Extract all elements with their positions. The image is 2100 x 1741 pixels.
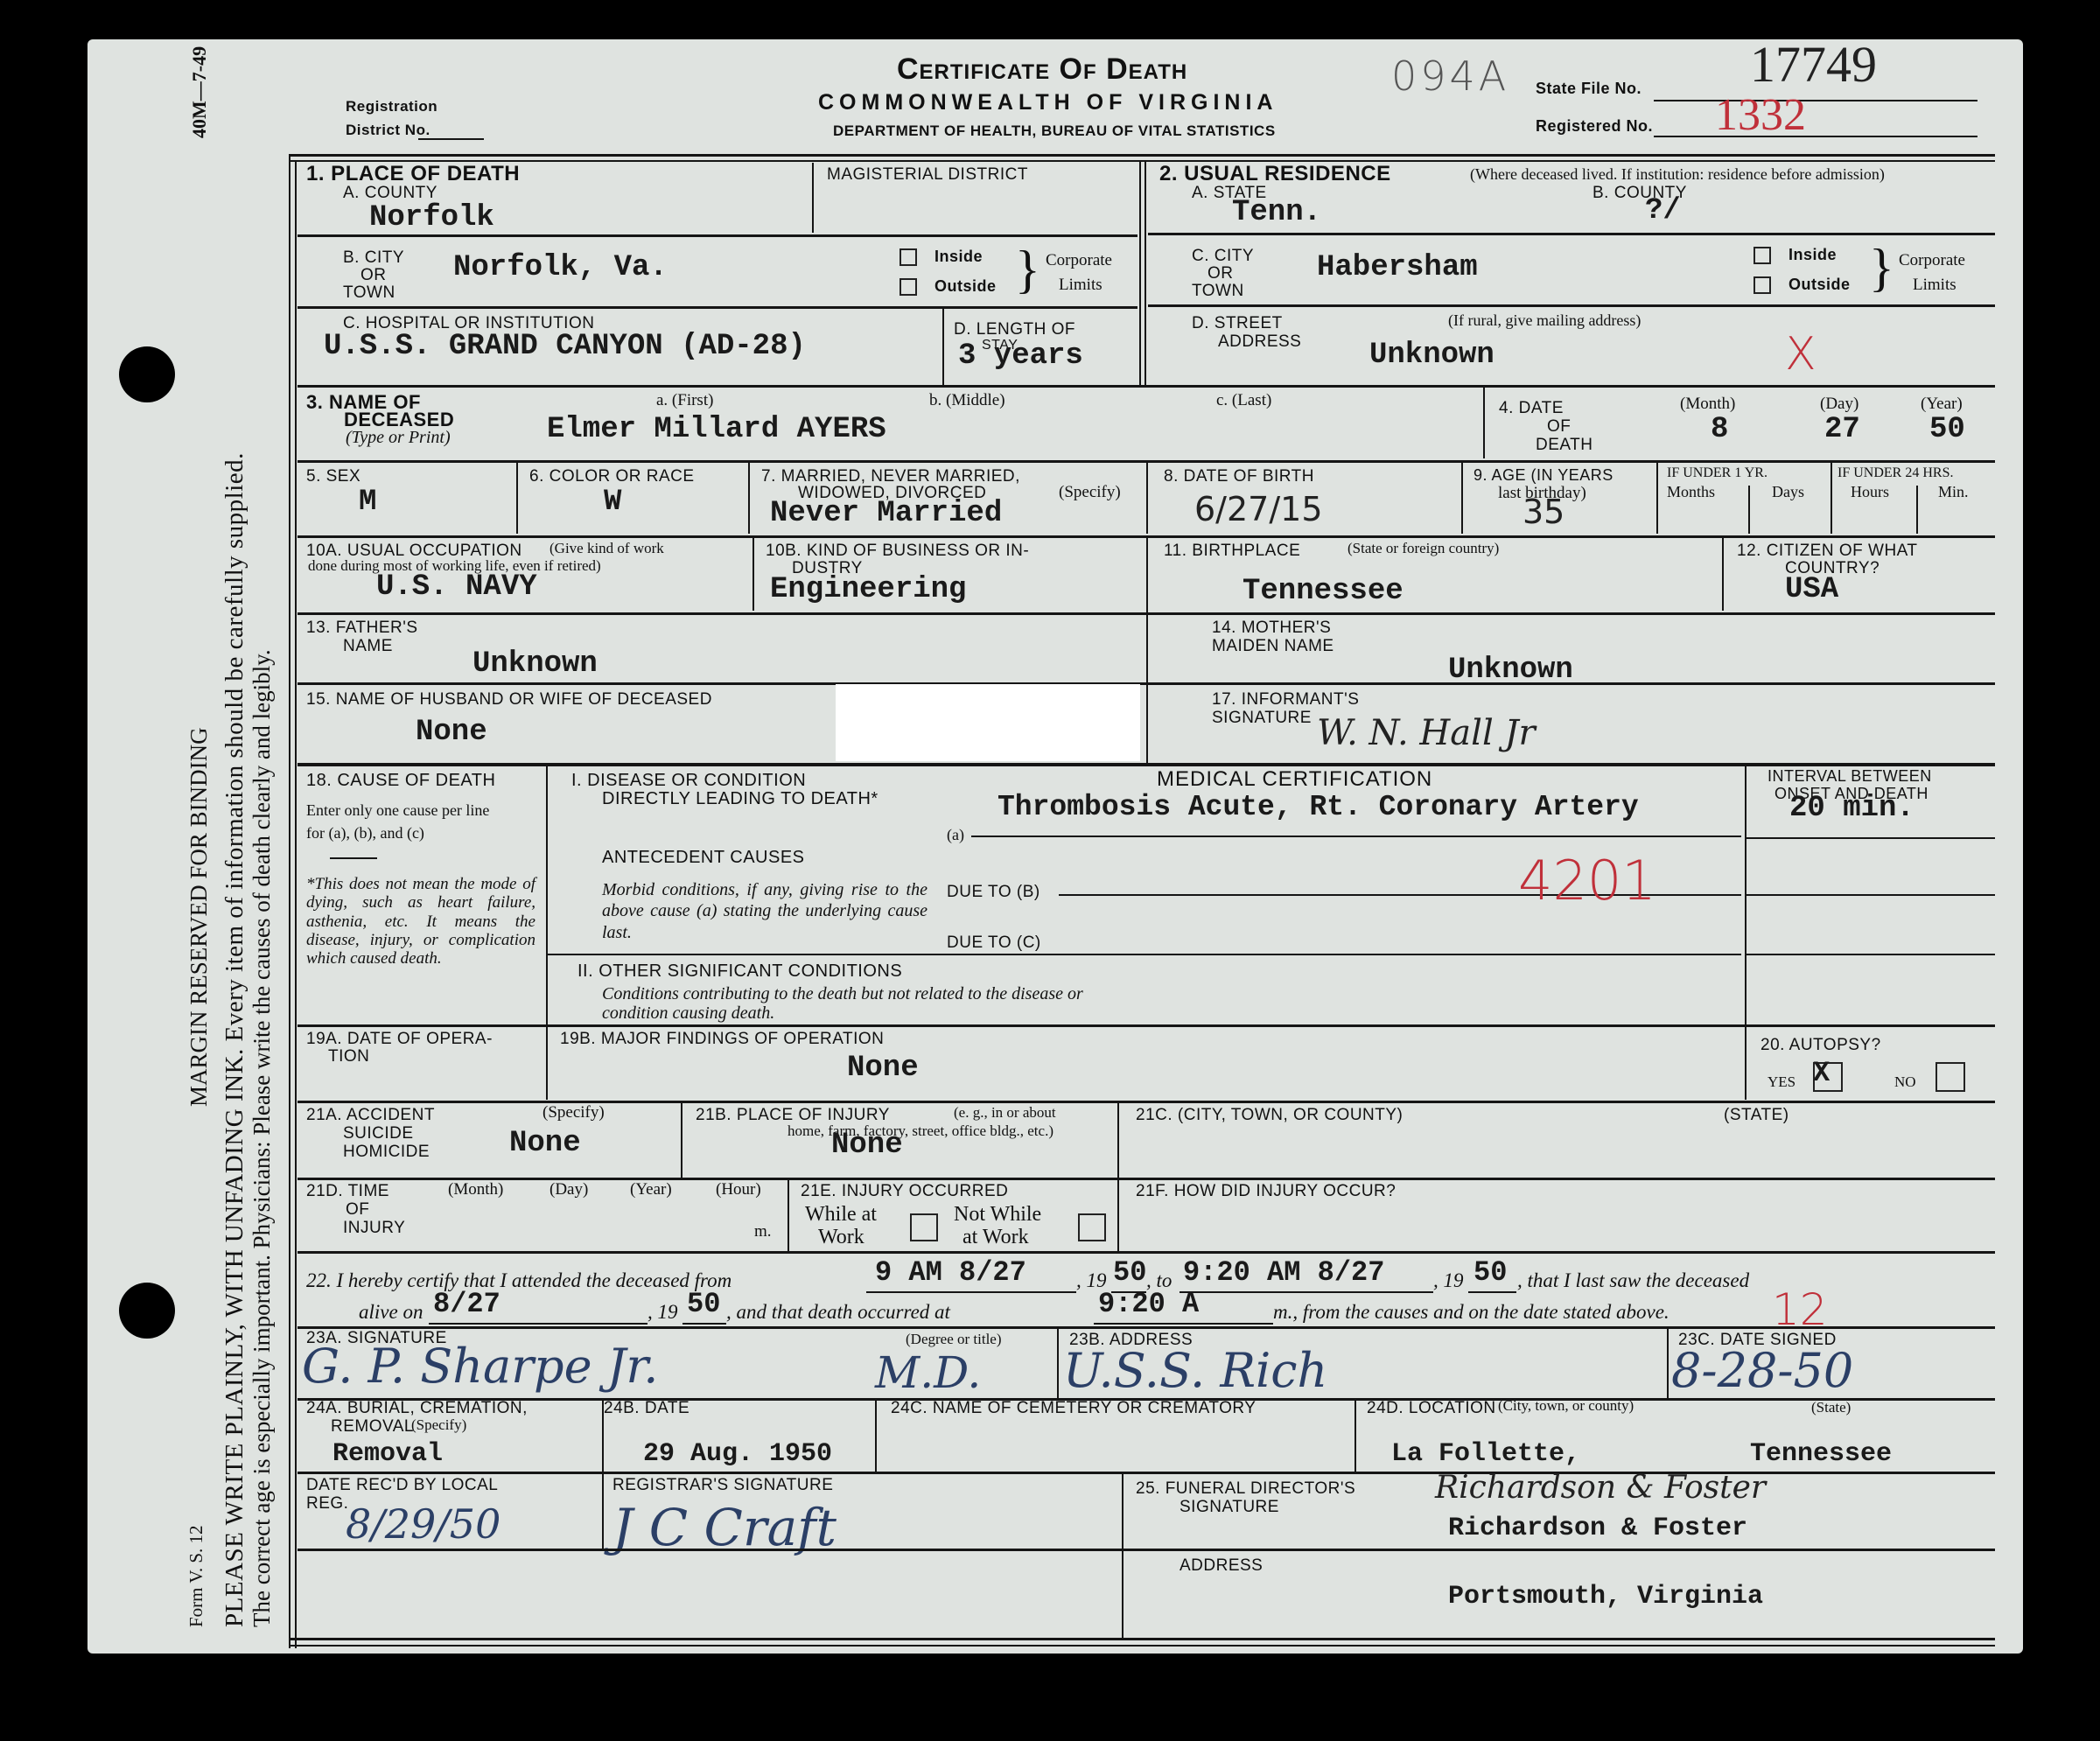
father-name-label: Name (343, 638, 393, 655)
degree-value: M.D. (875, 1347, 981, 1398)
pencil-code: 094A (1391, 52, 1509, 100)
div-reg-sig (602, 1473, 604, 1549)
while-at-work-checkbox[interactable] (910, 1213, 938, 1241)
margin-form-no: Form V. S. 12 (185, 1525, 207, 1627)
res-inside-checkbox[interactable] (1753, 247, 1771, 264)
div-months-days (1748, 486, 1750, 534)
div-21d-21e (787, 1179, 789, 1251)
morbid-note: Morbid conditions, if any, giving rise t… (602, 879, 927, 943)
cause-instr-1: Enter only one cause per line (306, 802, 489, 819)
cert-text-2: , that I last saw the deceased (1517, 1269, 1749, 1292)
div-under (1830, 462, 1832, 534)
frame-left-2 (295, 160, 297, 1648)
department-line: Department of Health, Bureau of Vital St… (833, 122, 1276, 140)
district-no-label: District No. (346, 122, 430, 138)
length-divider (942, 308, 944, 385)
under-1yr-label: IF UNDER 1 YR. (1667, 466, 1767, 481)
length-of-stay-label: d. Length of (954, 321, 1075, 339)
father-value: Unknown (472, 647, 598, 681)
residence-city-value: Habersham (1317, 251, 1478, 284)
physician-signature: G. P. Sharpe Jr. (302, 1339, 658, 1394)
suicide-label: Suicide (343, 1125, 414, 1143)
cause-instr-2: for (a), (b), and (c) (306, 825, 424, 842)
residence-county-value: ?/ (1645, 194, 1681, 227)
interval-value: 20 min. (1789, 792, 1914, 825)
deceased-name-value: Elmer Millard AYERS (547, 413, 886, 446)
cert-to-value: 9:20 AM 8/27 (1183, 1256, 1384, 1289)
dod-label-3: Death (1536, 437, 1592, 454)
not-while-at-work-label-2: at Work (962, 1227, 1029, 1248)
cert-19-b: , 19 (1433, 1269, 1464, 1292)
cert-death-time-line (1094, 1323, 1273, 1325)
funeral-address-label: Address (1179, 1557, 1263, 1575)
state-file-number: 17749 (1750, 35, 1877, 94)
last-name-label: c. (Last) (1216, 392, 1271, 409)
div-18-left (546, 766, 548, 1024)
brace: } (1015, 243, 1040, 296)
cert-from-line (866, 1291, 1076, 1293)
document-title: Certificate of Death (897, 52, 1187, 87)
hospital-value: U.S.S. GRAND CANYON (AD-28) (324, 330, 806, 363)
injury-m-label: m. (754, 1223, 772, 1241)
how-injury-label: 21f. How Did Injury Occur? (1136, 1183, 1396, 1200)
red-code-4201: 4201 (1518, 849, 1656, 912)
rule-1b (297, 306, 1137, 309)
reg-label: Reg. (306, 1495, 348, 1513)
operation-findings-value: None (847, 1052, 919, 1085)
informant-signature: W. N. Hall Jr (1317, 713, 1536, 753)
hours-label: Hours (1851, 484, 1889, 500)
cause-b-label: DUE TO (b) (947, 884, 1040, 901)
mother-maiden-label: Maiden Name (1212, 638, 1334, 655)
district-no-line (418, 138, 484, 140)
rule-19-top (297, 1024, 1995, 1027)
interval-line-b (1746, 894, 1995, 896)
div-10a-10b (752, 537, 754, 611)
dod-label-1: 4. Date (1499, 400, 1564, 417)
cert-to-year: 50 (1473, 1256, 1507, 1289)
age-label-1: 9. Age (In years (1473, 467, 1613, 484)
dod-year-value: 50 (1929, 413, 1965, 446)
res-city-label-c: c. City (1192, 248, 1254, 265)
location-label: 24d. Location (1367, 1400, 1496, 1417)
cert-to-line (1179, 1291, 1433, 1293)
degree-label: (Degree or title) (906, 1332, 1002, 1347)
min-label: Min. (1938, 484, 1969, 500)
rule-1a (297, 234, 1137, 237)
street-note: (If rural, give mailing address) (1448, 312, 1641, 329)
name-label-2: Deceased (344, 409, 454, 430)
operation-date-label-2: tion (328, 1048, 369, 1066)
operation-findings-label: 19b. Major Findings of Operation (560, 1031, 884, 1048)
race-value: W (604, 486, 621, 519)
race-label: 6. Color or Race (529, 468, 695, 486)
city-label-town: Town (343, 284, 395, 302)
div-10-11 (1146, 537, 1148, 612)
cert-alive-year-line (682, 1323, 726, 1325)
div-23b-23c (1667, 1328, 1669, 1400)
div-24c-24d (1354, 1400, 1356, 1472)
dod-label-2: of (1547, 418, 1571, 436)
city-label-b: b. City (343, 249, 404, 267)
date-recd-label: Date Rec'd by Local (306, 1477, 498, 1494)
death-inside-checkbox[interactable] (899, 248, 917, 266)
burial-value: Removal (332, 1439, 443, 1469)
divider-1-2b (1144, 160, 1146, 386)
frame-top-2 (289, 160, 1995, 162)
autopsy-yes-label: YES (1767, 1074, 1795, 1090)
rule-address-top (297, 1549, 1995, 1551)
usual-residence-heading: 2. Usual Residence (1159, 163, 1391, 185)
middle-name-label: b. (Middle) (929, 392, 1005, 409)
death-city-value: Norfolk, Va. (453, 251, 668, 284)
cert-death-time: 9:20 A (1098, 1288, 1199, 1320)
registered-no-label: Registered No. (1536, 118, 1653, 135)
injury-year-label: (Year) (630, 1181, 672, 1199)
div-24b-24c (875, 1400, 877, 1472)
frame-bottom-1 (289, 1638, 1995, 1640)
state-file-line (1654, 100, 1977, 101)
spouse-value: None (416, 716, 487, 749)
div-left-right (1146, 612, 1148, 763)
cause-a-value: Thrombosis Acute, Rt. Coronary Artery (997, 791, 1639, 823)
dod-day-value: 27 (1824, 413, 1860, 446)
div-hours-min (1916, 486, 1918, 534)
cert-alive-value: 8/27 (433, 1288, 500, 1320)
div-5-6 (516, 462, 518, 534)
registration-label: Registration (346, 99, 437, 115)
place-of-injury-note-2: home, farm, factory, street, office bldg… (787, 1123, 1053, 1139)
rule-3-top (297, 385, 1995, 388)
sex-value: M (359, 486, 376, 519)
accident-specify: (Specify) (542, 1104, 605, 1122)
cause-heading: 18. Cause of Death (306, 772, 495, 790)
magisterial-district-label: Magisterial District (827, 166, 1028, 184)
div-7-8 (1146, 462, 1148, 534)
name-label-3: (Type or Print) (346, 428, 451, 448)
location-note: (City, town, or county) (1498, 1398, 1634, 1414)
state-file-label: State File No. (1536, 80, 1641, 97)
burial-date-label: 24b. Date (604, 1400, 689, 1417)
cert-alive-label: alive on (359, 1301, 423, 1324)
citizen-value: USA (1785, 573, 1838, 606)
injury-month-label: (Month) (448, 1181, 503, 1199)
registered-number: 1332 (1715, 89, 1806, 141)
div-11-12 (1722, 537, 1724, 611)
city-label-or: or (360, 267, 387, 284)
informant-signature-label: Signature (1212, 710, 1312, 727)
citizen-label: 12. Citizen of What (1737, 542, 1918, 560)
birthplace-label: 11. Birthplace (1164, 542, 1300, 560)
months-label: Months (1667, 484, 1715, 500)
location-city-value: La Follette, (1391, 1439, 1580, 1469)
cert-text-3: , and that death occurred at (726, 1301, 950, 1324)
place-of-injury-value: None (831, 1129, 903, 1162)
rule-2b (1148, 304, 1995, 307)
funeral-director-typed: Richardson & Foster (1448, 1514, 1747, 1543)
funeral-director-signature: Richardson & Foster (1435, 1470, 1766, 1506)
margin-instruction-1: PLEASE WRITE PLAINLY, WITH UNFADING INK.… (220, 452, 249, 1627)
registrar-signature-label: Registrar's Signature (612, 1477, 833, 1494)
dod-month-value: 8 (1711, 413, 1728, 446)
physician-address: U.S.S. Rich (1063, 1343, 1327, 1398)
first-name-label: a. (First) (656, 392, 713, 409)
dob-label: 8. Date of Birth (1164, 468, 1314, 486)
place-of-injury-label: 21b. Place of Injury (696, 1107, 890, 1124)
registered-no-line (1654, 136, 1977, 137)
funeral-director-label: 25. Funeral Director's (1136, 1480, 1355, 1498)
cause-short-rule (330, 857, 377, 859)
marital-value: Never Married (770, 497, 1002, 530)
place-of-injury-note: (e. g., in or about (954, 1105, 1056, 1121)
birthplace-note: (State or foreign country) (1347, 541, 1499, 556)
length-of-stay-value: 3 years (958, 339, 1083, 373)
street-label: d. Street (1192, 315, 1283, 332)
burial-date-value: 29 Aug. 1950 (643, 1439, 832, 1469)
divider-1-2 (1139, 160, 1141, 386)
burial-label: 24a. Burial, Cremation, (306, 1400, 528, 1417)
res-brace: } (1869, 241, 1894, 294)
rule-15-top (297, 682, 1995, 685)
res-city-label-town: Town (1192, 283, 1244, 300)
res-corporate-label: Corporate (1899, 252, 1965, 269)
not-while-at-work-label: Not While (954, 1204, 1041, 1226)
while-at-work-label-2: Work (818, 1227, 864, 1248)
injury-city-label: 21c. (City, Town, or County) (1136, 1107, 1403, 1124)
accident-label: 21a. Accident (306, 1107, 435, 1124)
cause-a-label: (a) (947, 827, 964, 843)
homicide-label: Homicide (343, 1143, 430, 1161)
death-county-value: Norfolk (369, 201, 494, 234)
limits-label: Limits (1059, 276, 1102, 294)
date-signed-value: 8-28-50 (1671, 1343, 1853, 1398)
place-of-death-heading: 1. Place of Death (306, 163, 520, 185)
mother-label: 14. Mother's (1212, 619, 1331, 637)
cert-19-c: , 19 (647, 1301, 678, 1324)
binder-hole-top (119, 346, 175, 402)
informant-label: 17. Informant's (1212, 691, 1359, 709)
business-value: Engineering (770, 573, 966, 606)
div-6-7 (748, 462, 750, 534)
cert-text-4: m., from the causes and on the date stat… (1273, 1301, 1669, 1324)
autopsy-no-checkbox[interactable] (1935, 1062, 1965, 1092)
sex-label: 5. Sex (306, 468, 360, 486)
birthplace-value: Tennessee (1242, 575, 1403, 608)
cert-alive-line (429, 1323, 647, 1325)
interval-line-c (1746, 954, 1995, 955)
outside-label: Outside (934, 278, 997, 295)
death-outside-checkbox[interactable] (899, 278, 917, 296)
div-8-9 (1461, 462, 1463, 534)
burial-specify: (Specify) (411, 1417, 466, 1433)
date-recd-value: 8/29/50 (346, 1500, 500, 1548)
marital-label-1: 7. Married, Never Married, (761, 468, 1020, 486)
county-label: a. County (343, 185, 437, 202)
magisterial-divider (812, 163, 814, 233)
cert-text-1: 22. I hereby certify that I attended the… (306, 1269, 731, 1292)
accident-value: None (509, 1127, 581, 1160)
red-x-mark: X (1785, 328, 1816, 381)
document-subtitle: Commonwealth of Virginia (818, 90, 1277, 115)
cemetery-label: 24c. Name of Cemetery or Crematory (891, 1400, 1256, 1417)
cause-c-label: DUE TO (c) (947, 934, 1041, 952)
funeral-signature-label: Signature (1179, 1499, 1279, 1516)
injury-hour-label: (Hour) (716, 1181, 761, 1199)
autopsy-yes-mark: X (1813, 1057, 1830, 1089)
time-of-label: of (346, 1201, 369, 1219)
street-value: Unknown (1369, 339, 1494, 372)
age-value: 35 (1522, 493, 1564, 531)
funeral-address-value: Portsmouth, Virginia (1448, 1582, 1763, 1612)
autopsy-no-label: NO (1894, 1074, 1916, 1090)
cert-from-year: 50 (1113, 1256, 1146, 1289)
div-21b-21c (1117, 1102, 1119, 1251)
res-outside-checkbox[interactable] (1753, 276, 1771, 294)
autopsy-label: 20. Autopsy? (1760, 1037, 1881, 1054)
injury-day-label: (Day) (549, 1181, 588, 1199)
dod-month-label: (Month) (1680, 395, 1735, 413)
div-19-20 (1745, 1026, 1746, 1100)
injury-state-label: (State) (1724, 1107, 1789, 1124)
rule-18-top (297, 763, 1995, 766)
removal-label: Removal (331, 1418, 414, 1436)
rule-23-top (297, 1326, 1995, 1329)
time-of-injury-label: 21d. Time (306, 1183, 389, 1200)
location-state-value: Tennessee (1750, 1439, 1892, 1469)
marital-specify: (Specify) (1059, 484, 1121, 501)
injury-occurred-label: 21e. Injury Occurred (801, 1183, 1008, 1200)
cause-c-line (547, 954, 1741, 955)
cert-to-year-line (1468, 1291, 1516, 1293)
res-city-label-or: or (1207, 265, 1234, 283)
div-reg-funeral (1122, 1473, 1123, 1640)
div-9-under (1656, 462, 1658, 534)
father-label: 13. Father's (306, 619, 418, 637)
antecedent-label: Antecedent Causes (602, 849, 805, 867)
div-23a-23b (1057, 1328, 1059, 1400)
inside-label: Inside (934, 248, 983, 265)
margin-instruction-2: The correct age is especially important.… (248, 649, 276, 1627)
dod-year-label: (Year) (1921, 395, 1963, 413)
redacted-field-16 (836, 684, 1140, 761)
res-inside-label: Inside (1788, 247, 1837, 263)
operation-date-label: 19a. Date of Opera- (306, 1031, 493, 1048)
cert-alive-year: 50 (687, 1288, 720, 1320)
frame-bottom-2 (289, 1645, 1995, 1647)
residence-state-value: Tenn. (1232, 196, 1321, 229)
occupation-value: U.S. NAVY (376, 570, 537, 604)
days-label: Days (1772, 484, 1804, 500)
part1-label: I. Disease or Condition (571, 772, 806, 790)
frame-top-1 (289, 154, 1995, 157)
div-19a-19b (546, 1026, 548, 1100)
cert-from-value: 9 AM 8/27 (875, 1256, 1026, 1289)
part2-note: Conditions contributing to the death but… (602, 984, 1092, 1024)
div-21a-21b (681, 1102, 682, 1178)
injury-label: Injury (343, 1220, 405, 1237)
under-24hrs-label: IF UNDER 24 HRS. (1837, 466, 1953, 481)
interval-line-a (1746, 837, 1995, 839)
divider-3-4 (1483, 387, 1485, 458)
part2-label: II. Other Significant Conditions (577, 962, 902, 981)
spouse-label: 15. Name of Husband or Wife of Deceased (306, 691, 712, 709)
business-label: 10b. Kind of Business or In- (766, 542, 1029, 560)
interval-label: Interval Between (1767, 768, 1932, 785)
dob-value: 6/27/15 (1194, 490, 1323, 528)
cause-a-line (971, 836, 1741, 837)
margin-print-code: 40M—7-49 (188, 46, 211, 138)
dod-day-label: (Day) (1820, 395, 1858, 413)
location-state-label: (State) (1811, 1400, 1851, 1416)
res-outside-label: Outside (1788, 276, 1851, 293)
while-at-work-label: While at (805, 1204, 877, 1226)
residence-note: (Where deceased lived. If institution: r… (1470, 166, 1885, 183)
not-while-at-work-checkbox[interactable] (1078, 1213, 1106, 1241)
medical-cert-heading: Medical Certification (1157, 768, 1432, 790)
corporate-label: Corporate (1046, 252, 1112, 269)
part1-label-2: Directly Leading to Death* (602, 790, 878, 808)
res-limits-label: Limits (1913, 276, 1956, 294)
frame-left-1 (289, 154, 290, 1648)
binder-hole-bottom (119, 1283, 175, 1339)
occupation-note: (Give kind of work (549, 541, 664, 556)
rule-2a (1148, 233, 1995, 235)
rule-22-top (297, 1251, 1995, 1254)
margin-binding-note: MARGIN RESERVED FOR BINDING (185, 727, 213, 1107)
address-label: Address (1218, 333, 1301, 351)
cause-note: *This does not mean the mode of dying, s… (306, 875, 535, 968)
